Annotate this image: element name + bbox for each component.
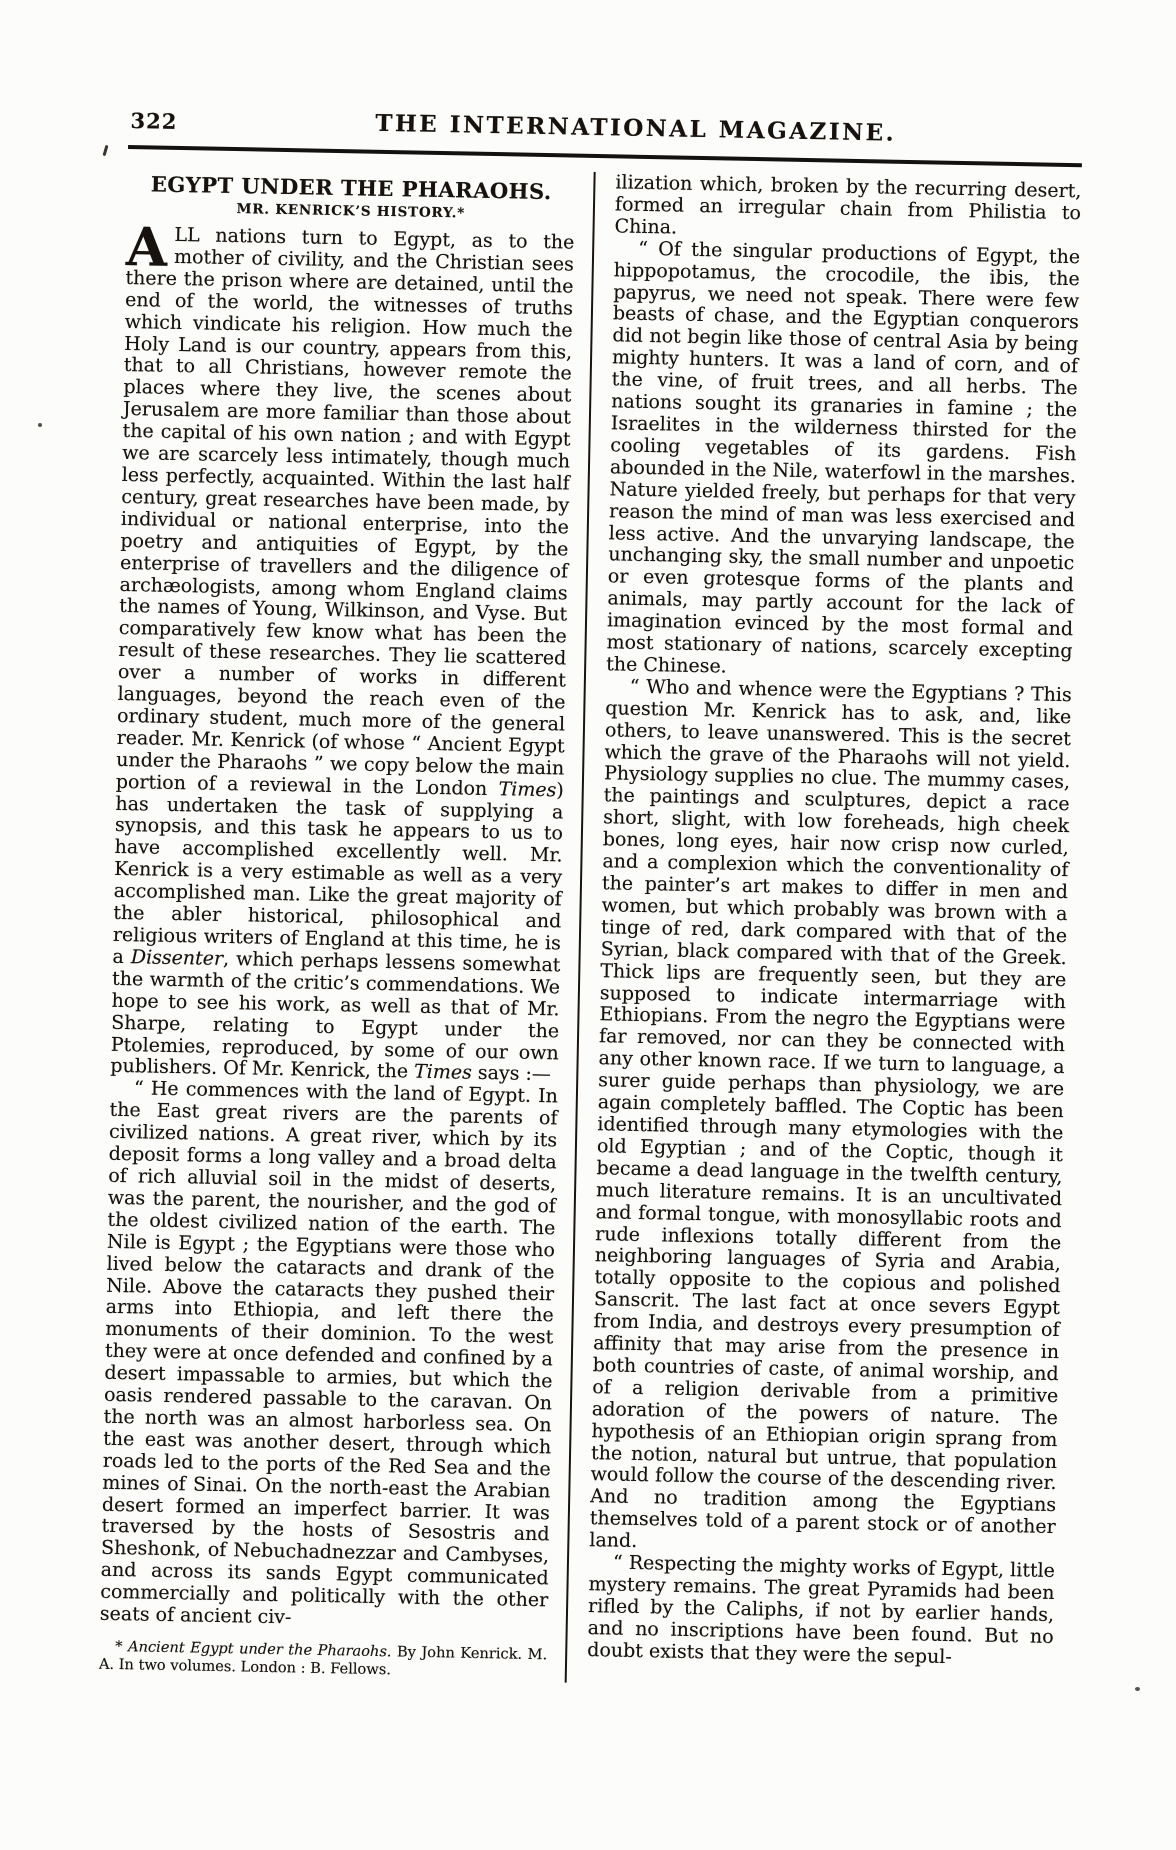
magazine-page: 322 THE INTERNATIONAL MAGAZINE. EGYPT UN… xyxy=(0,0,1176,1693)
article-body: EGYPT UNDER THE PHARAOHS. MR. KENRICK’S … xyxy=(99,163,1082,1692)
paragraph-intro: ALL nations turn to Egypt, as to the mot… xyxy=(110,224,574,1087)
footnote-asterisk: * xyxy=(115,1638,128,1655)
intro-text: LL nations turn to Egypt, as to the moth… xyxy=(116,224,575,800)
left-column: EGYPT UNDER THE PHARAOHS. MR. KENRICK’S … xyxy=(99,163,594,1682)
footnote: * Ancient Egypt under the Pharaohs. By J… xyxy=(99,1638,548,1682)
italic-dissenter: Dissenter xyxy=(131,946,224,970)
right-column: ilization which, broken by the recurring… xyxy=(565,172,1082,1692)
masthead-title: THE INTERNATIONAL MAGAZINE. xyxy=(375,110,896,147)
italic-times-title: Times xyxy=(414,1061,472,1084)
intro-text: says :— xyxy=(472,1062,551,1086)
paragraph-review-commences: “ He commences with the land of Egypt. I… xyxy=(100,1078,558,1634)
page-number: 322 xyxy=(130,108,177,134)
paragraph-productions: “ Of the singular productions of Egypt, … xyxy=(606,238,1080,685)
dropcap-letter: A xyxy=(126,227,168,268)
paragraph-continuation: ilization which, broken by the recurring… xyxy=(614,172,1081,247)
intro-text: ) has undertaken the task of supplying a… xyxy=(112,779,564,968)
scanned-magazine-page: { "page": { "number": "322", "masthead":… xyxy=(0,0,1176,1850)
paragraph-mighty-works: “ Respecting the mighty works of Egypt, … xyxy=(587,1552,1055,1670)
paragraph-who-and-whence: “ Who and whence were the Egyptians ? Th… xyxy=(589,676,1072,1561)
italic-times-title: Times xyxy=(498,778,556,801)
